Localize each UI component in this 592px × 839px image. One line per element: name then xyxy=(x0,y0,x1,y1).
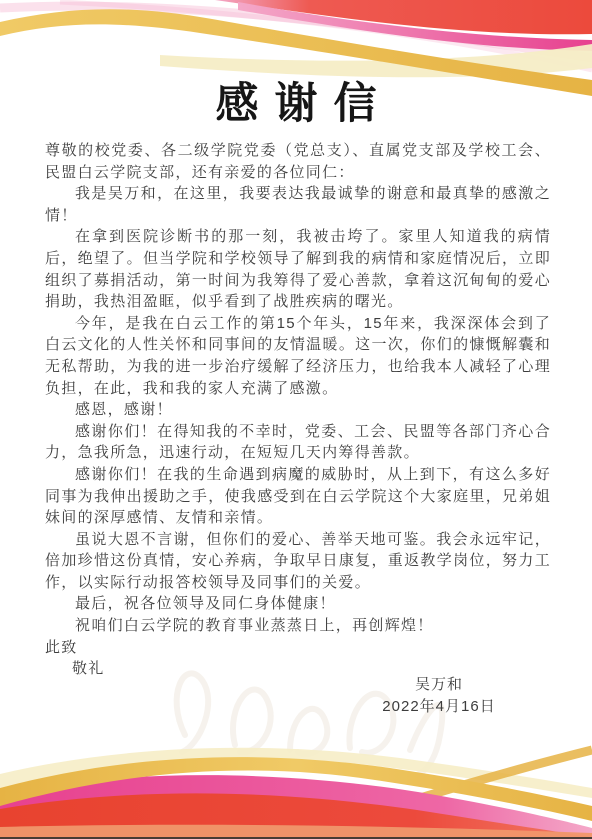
signature-date: 2022年4月16日 xyxy=(364,696,514,718)
letter-title: 感谢信 xyxy=(0,70,592,131)
thank-you-letter-page: 感谢信 尊敬的校党委、各二级学院党委（党总支）、直属党支部及学校工会、民盟白云学… xyxy=(0,0,592,839)
signature-name: 吴万和 xyxy=(364,674,514,696)
salutation: 尊敬的校党委、各二级学院党委（党总支）、直属党支部及学校工会、民盟白云学院支部，… xyxy=(45,140,551,183)
paragraph: 感恩，感谢！ xyxy=(45,399,551,421)
paragraph: 最后，祝各位领导及同仁身体健康！ xyxy=(45,593,551,615)
paragraph: 我是吴万和，在这里，我要表达我最诚挚的谢意和最真挚的感激之情！ xyxy=(45,183,551,226)
letter-body: 尊敬的校党委、各二级学院党委（党总支）、直属党支部及学校工会、民盟白云学院支部，… xyxy=(45,140,551,680)
paragraph: 感谢你们！在我的生命遇到病魔的威胁时，从上到下，有这么多好同事为我伸出援助之手，… xyxy=(45,464,551,529)
paragraph: 感谢你们！在得知我的不幸时，党委、工会、民盟等各部门齐心合力，急我所急，迅速行动… xyxy=(45,421,551,464)
paragraph: 虽说大恩不言谢，但你们的爱心、善举天地可鉴。我会永远牢记，倍加珍惜这份真情，安心… xyxy=(45,529,551,594)
paragraph: 在拿到医院诊断书的那一刻，我被击垮了。家里人知道我的病情后，绝望了。但当学院和学… xyxy=(45,226,551,312)
closing-salute: 此致 xyxy=(45,637,551,659)
paragraph: 今年，是我在白云工作的第15个年头，15年来，我深深体会到了白云文化的人性关怀和… xyxy=(45,313,551,399)
signature-block: 吴万和 2022年4月16日 xyxy=(364,674,514,718)
paragraph: 祝咱们白云学院的教育事业蒸蒸日上，再创辉煌！ xyxy=(45,615,551,637)
